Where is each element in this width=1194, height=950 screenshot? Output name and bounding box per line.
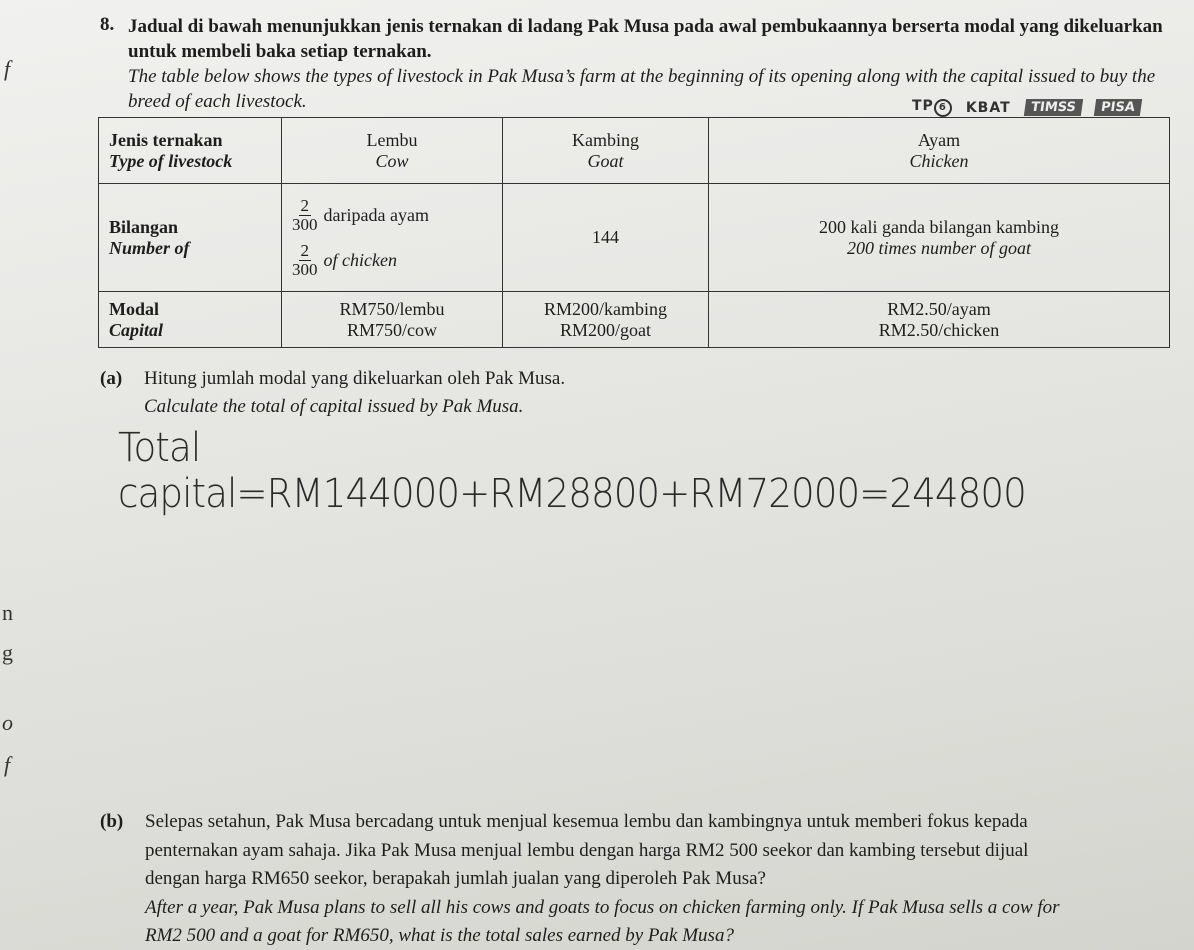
tag-kbat: KBAT [966,100,1011,116]
cell-cow-number: 2300 daripada ayam 2300 of chicken [282,184,503,292]
edge-fragment: n [2,600,13,626]
row-label-number: Bilangan Number of [99,184,282,292]
fraction-denominator: 300 [292,216,318,234]
goat-capital-ms: RM200/kambing [513,299,698,320]
part-b-label: (b) [100,808,123,837]
header-label-en: Type of livestock [109,151,271,172]
column-goat-ms: Kambing [513,130,698,151]
fraction-denominator: 300 [292,261,318,279]
table-row-number: Bilangan Number of 2300 daripada ayam 23… [99,184,1170,292]
row-capital-ms: Modal [109,299,271,320]
edge-fragment: f [4,56,10,82]
column-cow-en: Cow [292,151,492,172]
chicken-capital-ms: RM2.50/ayam [719,299,1159,320]
question-tags: TP6 KBAT TIMSS PISA [912,98,1141,117]
edge-fragment: f [4,752,10,778]
column-cow: Lembu Cow [282,118,503,184]
part-b-line-en: After a year, Pak Musa plans to sell all… [145,894,1194,923]
fraction-numerator: 2 [299,242,312,261]
part-a-text-en: Calculate the total of capital issued by… [144,396,523,418]
cow-capital-ms: RM750/lembu [292,299,492,320]
table-header-cell: Jenis ternakan Type of livestock [99,118,282,184]
fraction-numerator: 2 [299,197,312,216]
column-chicken-ms: Ayam [719,130,1159,151]
cow-capital-en: RM750/cow [292,320,492,341]
part-b-line-ms: penternakan ayam sahaja. Jika Pak Musa m… [145,837,1194,866]
column-chicken: Ayam Chicken [709,118,1170,184]
chicken-number-en: 200 times number of goat [719,238,1159,259]
column-cow-ms: Lembu [292,130,492,151]
chicken-number-ms: 200 kali ganda bilangan kambing [719,217,1159,238]
column-chicken-en: Chicken [719,151,1159,172]
row-number-ms: Bilangan [109,217,271,238]
goat-capital-en: RM200/goat [513,320,698,341]
part-a-question: (a)Hitung jumlah modal yang dikeluarkan … [100,368,565,390]
row-capital-en: Capital [109,320,271,341]
edge-fragment: o [2,710,13,736]
cell-goat-capital: RM200/kambing RM200/goat [503,292,709,348]
handwritten-answer: Total capital=RM144000+RM28800+RM72000=2… [118,425,1119,517]
row-label-capital: Modal Capital [99,292,282,348]
question-text-malay: Jadual di bawah menunjukkan jenis ternak… [128,14,1168,64]
cell-goat-number: 144 [503,184,709,292]
fraction: 2300 [292,242,318,279]
part-b-line-en: RM2 500 and a goat for RM650, what is th… [145,922,1194,950]
part-b-question: (b) Selepas setahun, Pak Musa bercadang … [100,808,1194,950]
part-a-label: (a) [100,368,144,390]
cell-chicken-number: 200 kali ganda bilangan kambing 200 time… [709,184,1170,292]
column-goat-en: Goat [513,151,698,172]
part-a-text-ms: Hitung jumlah modal yang dikeluarkan ole… [144,368,565,389]
livestock-table: Jenis ternakan Type of livestock Lembu C… [98,117,1170,348]
tag-tp-level: TP6 [912,98,952,117]
column-goat: Kambing Goat [503,118,709,184]
header-label-ms: Jenis ternakan [109,130,271,151]
tag-timss: TIMSS [1023,99,1082,116]
tag-pisa: PISA [1094,99,1142,116]
part-b-line-ms: dengan harga RM650 seekor, berapakah jum… [145,865,1194,894]
table-row-capital: Modal Capital RM750/lembu RM750/cow RM20… [99,292,1170,348]
question-number: 8. [100,14,114,36]
fraction: 2300 [292,197,318,234]
tp-level-circle-icon: 6 [934,99,952,117]
cow-number-en: of chicken [324,250,397,271]
cow-number-ms: daripada ayam [324,205,429,226]
part-b-line-ms: Selepas setahun, Pak Musa bercadang untu… [145,808,1194,837]
row-number-en: Number of [109,238,271,259]
table-row-header: Jenis ternakan Type of livestock Lembu C… [99,118,1170,184]
edge-fragment: g [2,640,13,666]
cell-cow-capital: RM750/lembu RM750/cow [282,292,503,348]
tag-tp-prefix: TP [912,99,934,113]
cell-chicken-capital: RM2.50/ayam RM2.50/chicken [709,292,1170,348]
chicken-capital-en: RM2.50/chicken [719,320,1159,341]
